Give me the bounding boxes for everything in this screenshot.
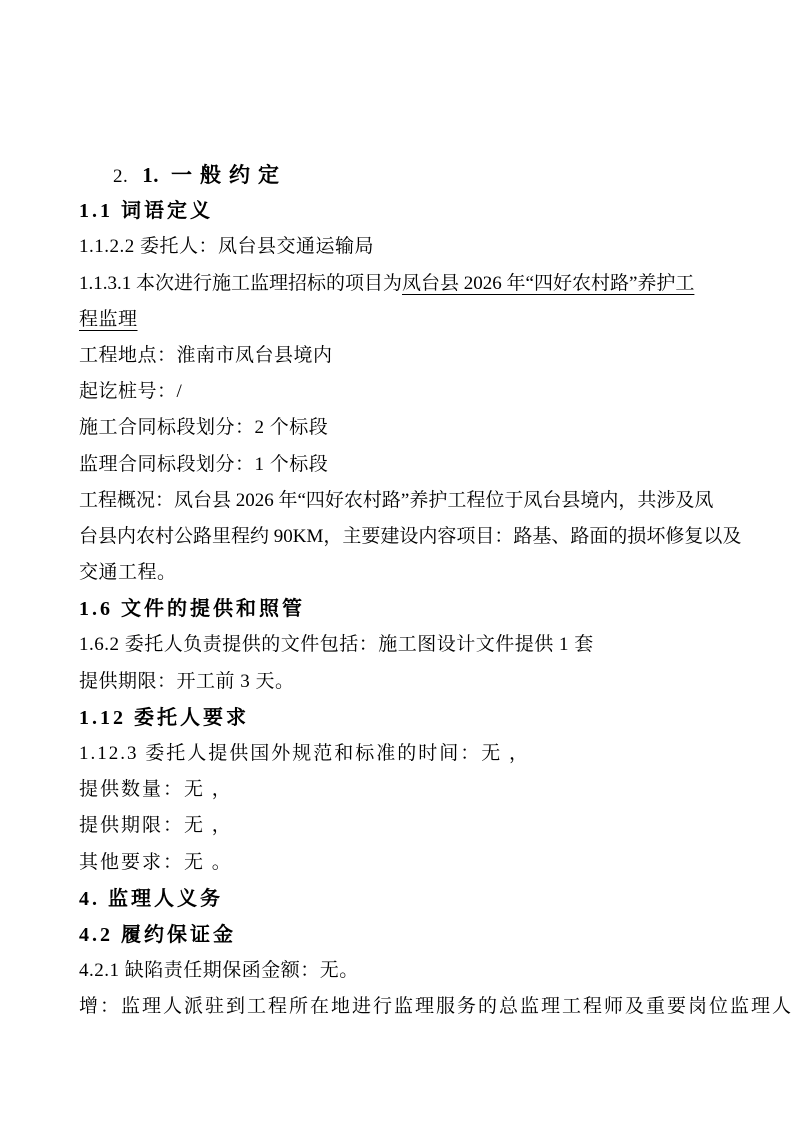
field-provide-deadline: 提供期限：无 ， [79,808,729,844]
paragraph-project-overview-1: 工程概况：凤台县 2026 年“四好农村路”养护工程位于凤台县境内，共涉及凤 [79,483,729,519]
clause-1-12-3: 1.12.3 委托人提供国外规范和标准的时间：无 ， [79,736,729,772]
heading-chapter: 2.1.一般约定 [79,157,729,193]
field-other-requirements: 其他要求：无 。 [79,845,729,881]
clause-1-6-2: 1.6.2 委托人负责提供的文件包括：施工图设计文件提供 1 套 [79,627,729,663]
heading-1-1: 1.1 词语定义 [79,193,729,229]
heading-1-12: 1.12 委托人要求 [79,700,729,736]
document-page: 2.1.一般约定 1.1 词语定义 1.1.2.2 委托人：凤台县交通运输局 1… [0,0,793,1122]
chapter-prefix: 2. [113,166,128,187]
heading-1-6: 1.6 文件的提供和照管 [79,591,729,627]
clause-1-1-3-1-lead: 1.1.3.1 本次进行施工监理招标的项目为 [79,273,402,294]
field-stake-number: 起讫桩号：/ [79,374,729,410]
clause-addition: 增：监理人派驻到工程所在地进行监理服务的总监理工程师及重要岗位监理人 [79,989,729,1025]
paragraph-project-overview-3: 交通工程。 [79,555,729,591]
field-provision-deadline: 提供期限：开工前 3 天。 [79,664,729,700]
field-construction-sections: 施工合同标段划分：2 个标段 [79,410,729,446]
clause-1-1-3-1-continuation: 程监理 [79,302,729,338]
clause-1-1-2-2: 1.1.2.2 委托人：凤台县交通运输局 [79,229,729,265]
heading-4: 4. 监理人义务 [79,881,729,917]
chapter-title: 一般约定 [171,163,287,187]
clause-4-2-1: 4.2.1 缺陷责任期保函金额：无。 [79,953,729,989]
chapter-number: 1. [142,163,159,187]
field-supervision-sections: 监理合同标段划分：1 个标段 [79,447,729,483]
heading-4-2: 4.2 履约保证金 [79,917,729,953]
field-provide-quantity: 提供数量：无 ， [79,772,729,808]
clause-1-1-3-1: 1.1.3.1 本次进行施工监理招标的项目为凤台县 2026 年“四好农村路”养… [79,266,729,302]
field-project-location: 工程地点：淮南市凤台县境内 [79,338,729,374]
page-content: 2.1.一般约定 1.1 词语定义 1.1.2.2 委托人：凤台县交通运输局 1… [79,157,729,1026]
project-name-underlined: 凤台县 2026 年“四好农村路”养护工 [402,273,694,294]
project-name-continuation: 程监理 [79,309,138,330]
paragraph-project-overview-2: 台县内农村公路里程约 90KM，主要建设内容项目：路基、路面的损坏修复以及 [79,519,729,555]
